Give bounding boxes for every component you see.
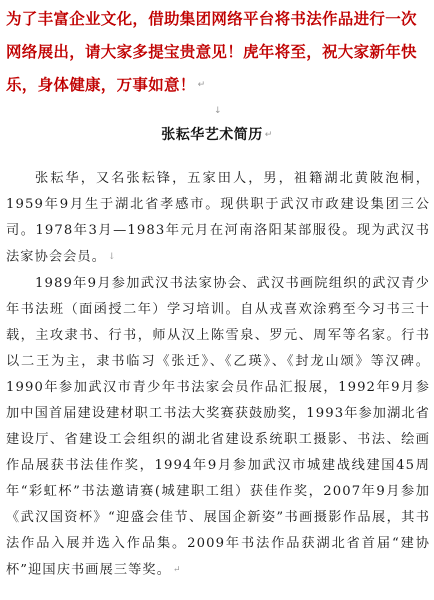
body-paragraph: 张耘华，又名张耘锋，五家田人，男，祖籍湖北黄陂泡桐，1959年9月生于湖北省孝感… <box>6 166 430 271</box>
line-break-mark-icon: ↓ <box>214 106 222 116</box>
intro-notice: 为了丰富企业文化，借助集团网络平台将书法作品进行一次网络展出，请大家多提宝贵意见… <box>6 3 430 102</box>
document-title: 张耘华艺术简历↵ <box>0 124 434 144</box>
title-text: 张耘华艺术简历 <box>161 127 263 143</box>
paragraph-mark-icon: ↵ <box>265 130 273 140</box>
paragraph-mark-icon: ↵ <box>198 80 206 90</box>
paragraph-text: 1989年9月参加武汉书法家协会、武汉书画院组织的武汉青少年书法班（面函授二年）… <box>6 276 430 578</box>
document-body: 张耘华，又名张耘锋，五家田人，男，祖籍湖北黄陂泡桐，1959年9月生于湖北省孝感… <box>6 166 430 583</box>
line-break-mark-icon: ↓ <box>108 252 117 262</box>
intro-text: 为了丰富企业文化，借助集团网络平台将书法作品进行一次网络展出，请大家多提宝贵意见… <box>6 10 417 94</box>
document-page: 为了丰富企业文化，借助集团网络平台将书法作品进行一次网络展出，请大家多提宝贵意见… <box>0 0 434 600</box>
paragraph-mark-icon: ↵ <box>173 565 182 575</box>
body-paragraph: 1989年9月参加武汉书法家协会、武汉书画院组织的武汉青少年书法班（面函授二年）… <box>6 271 430 584</box>
paragraph-text: 张耘华，又名张耘锋，五家田人，男，祖籍湖北黄陂泡桐，1959年9月生于湖北省孝感… <box>6 171 430 265</box>
